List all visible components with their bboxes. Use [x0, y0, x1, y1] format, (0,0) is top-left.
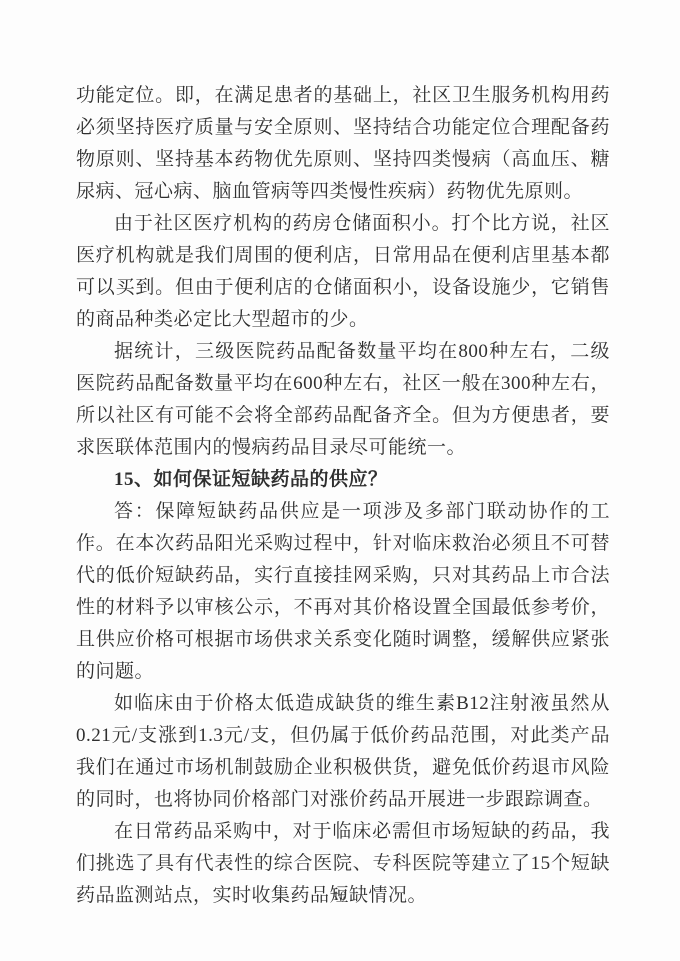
page-number: 10: [0, 888, 680, 904]
page-body-text: 功能定位。即，在满足患者的基础上，社区卫生服务机构用药必须坚持医疗质量与安全原则…: [76, 80, 610, 912]
paragraph-answer: 答：保障短缺药品供应是一项涉及多部门联动协作的工作。在本次药品阳光采购过程中，针…: [76, 496, 610, 688]
paragraph: 据统计，三级医院药品配备数量平均在800种左右，二级医院药品配备数量平均在600…: [76, 336, 610, 464]
question-heading: 15、如何保证短缺药品的供应？: [76, 464, 610, 496]
paragraph: 如临床由于价格太低造成缺货的维生素B12注射液虽然从0.21元/支涨到1.3元/…: [76, 688, 610, 816]
paragraph: 由于社区医疗机构的药房仓储面积小。打个比方说，社区医疗机构就是我们周围的便利店，…: [76, 208, 610, 336]
paragraph-continuation: 功能定位。即，在满足患者的基础上，社区卫生服务机构用药必须坚持医疗质量与安全原则…: [76, 80, 610, 208]
document-page: 功能定位。即，在满足患者的基础上，社区卫生服务机构用药必须坚持医疗质量与安全原则…: [0, 0, 680, 961]
